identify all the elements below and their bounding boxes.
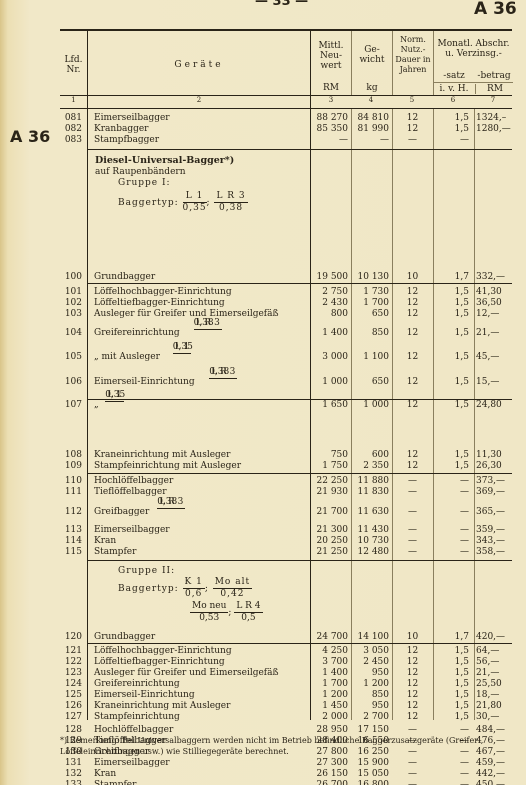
row-name: Kran: [94, 769, 116, 780]
row-dauer: —: [392, 780, 433, 785]
row-satz: 1,5: [433, 690, 469, 701]
row-betrag: 450,—: [476, 780, 512, 785]
row-betrag: 30,—: [476, 712, 512, 723]
row-name: Stampfeinrichtung: [94, 712, 180, 723]
row-neuwert: 800: [310, 309, 348, 320]
colnum-2: 2: [87, 96, 310, 108]
row-gewicht: 650: [351, 377, 389, 388]
row-dauer: 12: [392, 113, 433, 124]
row-dauer: —: [392, 135, 433, 146]
row-gewicht: 11 830: [351, 487, 389, 498]
row-betrag: 41,30: [476, 287, 512, 298]
row-gewicht: 11 880: [351, 476, 389, 487]
row-neuwert: 1 200: [310, 690, 348, 701]
table-row: 109Stampfeinrichtung mit Ausleger1 7502 …: [60, 461, 512, 472]
row-neuwert: 85 350: [310, 124, 348, 135]
row-name: Eimerseilbagger: [94, 758, 170, 769]
row-dauer: 12: [392, 657, 433, 668]
row-neuwert: 22 250: [310, 476, 348, 487]
row-neuwert: 3 700: [310, 657, 348, 668]
row-neuwert: 20 250: [310, 536, 348, 547]
row-gewicht: 2 700: [351, 712, 389, 723]
frac-den: 0,6: [183, 589, 205, 600]
header-satz-unit: i. v. H.: [434, 84, 474, 94]
row-dauer: 12: [392, 309, 433, 320]
header-betrag: -betrag: [475, 71, 513, 81]
row-neuwert: 21 250: [310, 547, 348, 558]
row-satz: 1,5: [433, 124, 469, 135]
row-gewicht: 81 990: [351, 124, 389, 135]
row-name: Hochlöffelbagger: [94, 476, 173, 487]
row-satz: 1,5: [433, 668, 469, 679]
table-row: 106Eimerseil-EinrichtungL R 30,381 00065…: [60, 371, 512, 382]
footnote: *) Bemerkung: Bei Universalbaggern werde…: [60, 735, 520, 757]
row-dauer: 12: [392, 298, 433, 309]
frac-num: Mo neu: [190, 601, 228, 613]
colnum-1: 1: [60, 96, 87, 104]
row-satz: 1,5: [433, 377, 469, 388]
row-betrag: 1280,—: [476, 124, 512, 135]
row-nr: 104: [60, 328, 82, 339]
frac-num: K 1: [183, 577, 205, 589]
row-nr: 083: [60, 135, 82, 146]
table-row: 108Kraneinrichtung mit Ausleger750600121…: [60, 450, 512, 461]
row-dauer: —: [392, 487, 433, 498]
row-satz: 1,5: [433, 679, 469, 690]
row-satz: 1,5: [433, 701, 469, 712]
row-dauer: —: [392, 525, 433, 536]
row-dauer: 12: [392, 287, 433, 298]
row-dauer: 12: [392, 461, 433, 472]
row-name: Eimerseilbagger: [94, 525, 170, 536]
row-dauer: 10: [392, 632, 433, 643]
group2-baggertyp-2: Mo neu0,53; L R 40,5: [190, 601, 263, 624]
row-betrag: 459,—: [476, 758, 512, 769]
row-dauer: 12: [392, 679, 433, 690]
table-row: 101Löffelhochbagger-Einrichtung2 7501 73…: [60, 287, 512, 298]
row-gewicht: 1 730: [351, 287, 389, 298]
table-row: 083 Stampfbagger — — — —: [60, 135, 512, 146]
row-dauer: 12: [392, 701, 433, 712]
row-betrag: 36,50: [476, 298, 512, 309]
row-gewicht: 2 350: [351, 461, 389, 472]
frac-den: 0,38: [214, 203, 247, 214]
baggertyp-label: Baggertyp:: [118, 198, 179, 208]
row-nr: 123: [60, 668, 82, 679]
column-number-row: 1 2 3 4 5 6 7: [60, 96, 512, 109]
frac-den: 0,5: [234, 613, 262, 624]
row-satz: 1,5: [433, 646, 469, 657]
row-nr: 115: [60, 547, 82, 558]
row-betrag: 365,—: [476, 507, 512, 518]
row-dauer: —: [392, 536, 433, 547]
row-gewicht: 650: [351, 309, 389, 320]
row-nr: 103: [60, 309, 82, 320]
table-header: Lfd. Nr. Geräte Mittl. Neu- wert RM Ge- …: [60, 31, 512, 96]
frac-den: 0,38: [194, 318, 214, 329]
frac-den: 0,35: [105, 390, 125, 401]
table-body: 081 Eimerseilbagger 88 270 84 810 12 1,5…: [60, 109, 512, 720]
header-betrag-unit: RM: [475, 84, 514, 94]
frac-num: L R 4: [234, 601, 262, 613]
row-satz: 1,5: [433, 298, 469, 309]
row-neuwert: 88 270: [310, 113, 348, 124]
table-row: 120Grundbagger24 70014 100101,7420,—: [60, 632, 512, 643]
fraction: K 10,6: [183, 577, 205, 600]
frac-den: 0,35: [183, 203, 207, 214]
row-gewicht: 950: [351, 668, 389, 679]
row-gewicht: 2 450: [351, 657, 389, 668]
row-name: Stampfer: [94, 780, 136, 785]
row-dauer: 12: [392, 668, 433, 679]
row-name: Ausleger für Greifer und Eimerseilgefäß: [94, 309, 279, 320]
row-name: Löffelhochbagger-Einrichtung: [94, 287, 232, 298]
header-geraete: Geräte: [87, 31, 310, 95]
row-satz: —: [433, 487, 469, 498]
table-row: 114Kran20 25010 730——343,—: [60, 536, 512, 547]
row-nr: 126: [60, 701, 82, 712]
row-gewicht: 1 200: [351, 679, 389, 690]
row-satz: —: [433, 135, 469, 146]
row-satz: 1,5: [433, 352, 469, 363]
row-satz: 1,5: [433, 461, 469, 472]
row-name: Kraneinrichtung mit Ausleger: [94, 450, 230, 461]
group2-baggertyp: Baggertyp: K 10,6; Mo alt0,42: [118, 577, 252, 600]
row-dauer: 12: [392, 646, 433, 657]
baggertyp-label: Baggertyp:: [118, 584, 179, 594]
table-row: 115Stampfer21 25012 480——358,—: [60, 547, 512, 558]
row-nr: 114: [60, 536, 82, 547]
row-satz: 1,5: [433, 309, 469, 320]
row-betrag: 18,—: [476, 690, 512, 701]
row-dauer: 12: [392, 328, 433, 339]
row-gewicht: 1 000: [351, 400, 389, 411]
row-neuwert: 21 300: [310, 525, 348, 536]
row-name: Greifereinrichtung: [94, 328, 180, 339]
row-betrag: 21,—: [476, 668, 512, 679]
row-satz: —: [433, 525, 469, 536]
header-satz: -satz: [434, 71, 474, 81]
row-gewicht: 850: [351, 690, 389, 701]
header-nutzungsdauer: Norm. Nutz.- Dauer in Jahren: [392, 31, 433, 95]
row-gewicht: 10 130: [351, 272, 389, 283]
row-dauer: 12: [392, 352, 433, 363]
row-betrag: 56,—: [476, 657, 512, 668]
table-row: 121Löffelhochbagger-Einrichtung4 2503 05…: [60, 646, 512, 657]
colnum-3: 3: [310, 96, 351, 108]
row-dauer: 12: [392, 712, 433, 723]
row-neuwert: 24 700: [310, 632, 348, 643]
fraction: L R 30,38: [214, 191, 247, 214]
row-satz: —: [433, 476, 469, 487]
row-betrag: 373,—: [476, 476, 512, 487]
row-betrag: 24,80: [476, 400, 512, 411]
row-name: Grundbagger: [94, 632, 155, 643]
row-nr: 121: [60, 646, 82, 657]
equipment-table: Lfd. Nr. Geräte Mittl. Neu- wert RM Ge- …: [60, 29, 512, 720]
row-gewicht: 10 730: [351, 536, 389, 547]
section-subtitle: auf Raupenbändern: [95, 167, 186, 177]
header-monatl: Monatl. Abschr. u. Verzinsg.- -satz -bet…: [433, 31, 513, 95]
row-dauer: 12: [392, 450, 433, 461]
row-nr: 108: [60, 450, 82, 461]
row-neuwert: 750: [310, 450, 348, 461]
section-tag-side: A 36: [10, 127, 50, 146]
row-dauer: 12: [392, 124, 433, 135]
frac-num: L 1: [183, 191, 207, 203]
row-betrag: 420,—: [476, 632, 512, 643]
row-nr: 102: [60, 298, 82, 309]
frac-den: 0,38: [209, 367, 229, 378]
fraction: Mo neu0,53: [190, 601, 228, 624]
row-gewicht: 11 430: [351, 525, 389, 536]
page-number: — 33 —: [255, 0, 308, 9]
row-dauer: —: [392, 476, 433, 487]
row-betrag: 358,—: [476, 547, 512, 558]
row-gewicht: 1 100: [351, 352, 389, 363]
row-satz: 1,5: [433, 450, 469, 461]
row-gewicht: 15 900: [351, 758, 389, 769]
row-dauer: —: [392, 507, 433, 518]
header-gewicht-label: Ge- wicht: [359, 45, 385, 65]
row-name: Eimerseil-Einrichtung: [94, 690, 195, 701]
table-row: 110Hochlöffelbagger22 25011 880——373,—: [60, 476, 512, 487]
header-neuwert: Mittl. Neu- wert RM: [310, 31, 351, 95]
row-betrag: 21,80: [476, 701, 512, 712]
row-neuwert: 1 750: [310, 461, 348, 472]
fraction: Mo alt0,42: [213, 577, 252, 600]
row-neuwert: 26 700: [310, 780, 348, 785]
colnum-6: 6: [433, 96, 473, 104]
section-title: Diesel-Universal-Bagger*): [95, 155, 234, 166]
row-neuwert: 2 000: [310, 712, 348, 723]
row-neuwert: 2 430: [310, 298, 348, 309]
row-betrag: 25,50: [476, 679, 512, 690]
colnum-5: 5: [392, 96, 432, 104]
fraction: L 10,35: [183, 191, 207, 214]
row-neuwert: 1 700: [310, 679, 348, 690]
row-gewicht: 12 480: [351, 547, 389, 558]
row-betrag: 12,—: [476, 309, 512, 320]
row-nr: 124: [60, 679, 82, 690]
row-neuwert: 1 450: [310, 701, 348, 712]
row-neuwert: 1 650: [310, 400, 348, 411]
row-betrag: 343,—: [476, 536, 512, 547]
row-nr: 082: [60, 124, 82, 135]
header-gewicht: Ge- wicht kg: [351, 31, 392, 95]
table-row: 132Kran26 15015 050——442,—: [60, 769, 512, 780]
row-nr: 127: [60, 712, 82, 723]
table-row: 100Grundbagger19 50010 130101,7332,—: [60, 272, 512, 283]
row-dauer: 12: [392, 377, 433, 388]
frac-den: 0,38: [157, 497, 177, 508]
colnum-4: 4: [351, 96, 391, 104]
table-row: 107„L 10,351 6501 000121,524,80: [60, 394, 512, 405]
row-gewicht: 1 700: [351, 298, 389, 309]
row-nr: 100: [60, 272, 82, 283]
row-gewicht: 950: [351, 701, 389, 712]
row-nr: 110: [60, 476, 82, 487]
row-nr: 081: [60, 113, 82, 124]
row-neuwert: 3 000: [310, 352, 348, 363]
row-name: Greifereinrichtung: [94, 679, 180, 690]
row-nr: 101: [60, 287, 82, 298]
row-satz: 1,5: [433, 657, 469, 668]
row-name: Kran: [94, 536, 116, 547]
row-betrag: 26,30: [476, 461, 512, 472]
row-name: Löffeltiefbagger-Einrichtung: [94, 298, 225, 309]
table-row: 112GreifbaggerL R 30,3821 70011 630——365…: [60, 501, 512, 512]
row-betrag: 359,—: [476, 525, 512, 536]
row-nr: 106: [60, 377, 82, 388]
row-nr: 112: [60, 507, 82, 518]
table-row: 123Ausleger für Greifer und Eimerseilgef…: [60, 668, 512, 679]
row-nr: 120: [60, 632, 82, 643]
row-name: Greifbagger: [94, 507, 149, 518]
table-row: 102Löffeltiefbagger-Einrichtung2 4301 70…: [60, 298, 512, 309]
row-betrag: 45,—: [476, 352, 512, 363]
row-betrag: 332,—: [476, 272, 512, 283]
row-name: Tieflöffelbagger: [94, 487, 167, 498]
row-nr: 109: [60, 461, 82, 472]
row-satz: 1,5: [433, 113, 469, 124]
row-name: „: [94, 400, 99, 411]
frac-den: 0,53: [190, 613, 228, 624]
row-neuwert: 1 400: [310, 668, 348, 679]
header-neuwert-label: Mittl. Neu- wert: [316, 41, 346, 71]
frac-den: 0,42: [213, 589, 252, 600]
table-row: 082 Kranbagger 85 350 81 990 12 1,5 1280…: [60, 124, 512, 135]
row-gewicht: 15 050: [351, 769, 389, 780]
row-name: „ mit Ausleger: [94, 352, 160, 363]
table-row: 103Ausleger für Greifer und Eimerseilgef…: [60, 309, 512, 320]
row-name: Ausleger für Greifer und Eimerseilgefäß: [94, 668, 279, 679]
row-gewicht: 11 630: [351, 507, 389, 518]
row-nr: 107: [60, 400, 82, 411]
row-gewicht: 16 800: [351, 780, 389, 785]
row-nr: 132: [60, 769, 82, 780]
row-satz: 1,5: [433, 400, 469, 411]
group1-baggertyp: Baggertyp: L 10,35; L R 30,38: [118, 191, 248, 214]
row-neuwert: 26 150: [310, 769, 348, 780]
row-neuwert: 21 930: [310, 487, 348, 498]
row-gewicht: 14 100: [351, 632, 389, 643]
header-monatl-label: Monatl. Abschr. u. Verzinsg.-: [437, 31, 511, 59]
table-row: 122Löffeltiefbagger-Einrichtung3 7002 45…: [60, 657, 512, 668]
table-row: 127Stampfeinrichtung2 0002 700121,530,—: [60, 712, 512, 723]
row-gewicht: 84 810: [351, 113, 389, 124]
row-name: Stampfer: [94, 547, 136, 558]
row-satz: 1,5: [433, 328, 469, 339]
row-name: Löffelhochbagger-Einrichtung: [94, 646, 232, 657]
row-nr: 131: [60, 758, 82, 769]
group1-label: Gruppe I:: [118, 178, 171, 188]
section-tag-top: A 36: [474, 0, 517, 19]
table-row: 126Kraneinrichtung mit Ausleger1 4509501…: [60, 701, 512, 712]
row-satz: 1,7: [433, 272, 469, 283]
row-name: Eimerseilbagger: [94, 113, 170, 124]
row-betrag: 64,—: [476, 646, 512, 657]
header-lfd-nr: Lfd. Nr.: [60, 31, 87, 95]
row-betrag: 1324,–: [476, 113, 512, 124]
row-neuwert: 27 300: [310, 758, 348, 769]
row-satz: 1,7: [433, 632, 469, 643]
frac-num: Mo alt: [213, 577, 252, 589]
row-nr: 125: [60, 690, 82, 701]
row-gewicht: 3 050: [351, 646, 389, 657]
row-dauer: —: [392, 769, 433, 780]
row-dauer: 10: [392, 272, 433, 283]
row-name: Stampfeinrichtung mit Ausleger: [94, 461, 241, 472]
row-name: Kraneinrichtung mit Ausleger: [94, 701, 230, 712]
row-satz: 1,5: [433, 287, 469, 298]
row-neuwert: 1 400: [310, 328, 348, 339]
frac-num: L R 3: [214, 191, 247, 203]
row-satz: —: [433, 769, 469, 780]
fraction: L R 40,5: [234, 601, 262, 624]
row-nr: 111: [60, 487, 82, 498]
row-neuwert: 1 000: [310, 377, 348, 388]
row-satz: —: [433, 758, 469, 769]
table-row: 111Tieflöffelbagger21 93011 830——369,—: [60, 487, 512, 498]
table-row: 124Greifereinrichtung1 7001 200121,525,5…: [60, 679, 512, 690]
row-neuwert: 4 250: [310, 646, 348, 657]
row-betrag: 369,—: [476, 487, 512, 498]
row-nr: 122: [60, 657, 82, 668]
header-gewicht-unit: kg: [352, 83, 392, 93]
colnum-7: 7: [474, 96, 512, 104]
row-dauer: —: [392, 547, 433, 558]
row-nr: 113: [60, 525, 82, 536]
row-satz: —: [433, 780, 469, 785]
table-row: 105„ mit AuslegerL 10,353 0001 100121,54…: [60, 346, 512, 357]
row-name: Grundbagger: [94, 272, 155, 283]
row-satz: —: [433, 547, 469, 558]
row-satz: —: [433, 507, 469, 518]
table-row: 133Stampfer26 70016 800——450,—: [60, 780, 512, 785]
table-row: 081 Eimerseilbagger 88 270 84 810 12 1,5…: [60, 113, 512, 124]
row-nr: 133: [60, 780, 82, 785]
row-neuwert: —: [310, 135, 348, 146]
row-gewicht: 600: [351, 450, 389, 461]
row-satz: —: [433, 536, 469, 547]
table-row: 125Eimerseil-Einrichtung1 200850121,518,…: [60, 690, 512, 701]
row-betrag: 11,30: [476, 450, 512, 461]
row-dauer: 12: [392, 690, 433, 701]
row-name: Stampfbagger: [94, 135, 159, 146]
table-row: 131Eimerseilbagger27 30015 900——459,—: [60, 758, 512, 769]
row-gewicht: 850: [351, 328, 389, 339]
row-betrag: 21,—: [476, 328, 512, 339]
row-dauer: 12: [392, 400, 433, 411]
row-nr: 105: [60, 352, 82, 363]
row-satz: 1,5: [433, 712, 469, 723]
row-betrag: 442,—: [476, 769, 512, 780]
row-neuwert: 19 500: [310, 272, 348, 283]
row-name: Eimerseil-Einrichtung: [94, 377, 195, 388]
row-neuwert: 2 750: [310, 287, 348, 298]
frac-den: 0,35: [173, 342, 193, 353]
table-row: 104GreifereinrichtungL R 30,381 40085012…: [60, 322, 512, 333]
group2-label: Gruppe II:: [118, 566, 175, 576]
row-dauer: —: [392, 758, 433, 769]
table-row: 113Eimerseilbagger21 30011 430——359,—: [60, 525, 512, 536]
row-name: Löffeltiefbagger-Einrichtung: [94, 657, 225, 668]
header-neuwert-unit: RM: [311, 83, 351, 93]
row-name: Kranbagger: [94, 124, 148, 135]
row-gewicht: —: [351, 135, 389, 146]
row-neuwert: 21 700: [310, 507, 348, 518]
